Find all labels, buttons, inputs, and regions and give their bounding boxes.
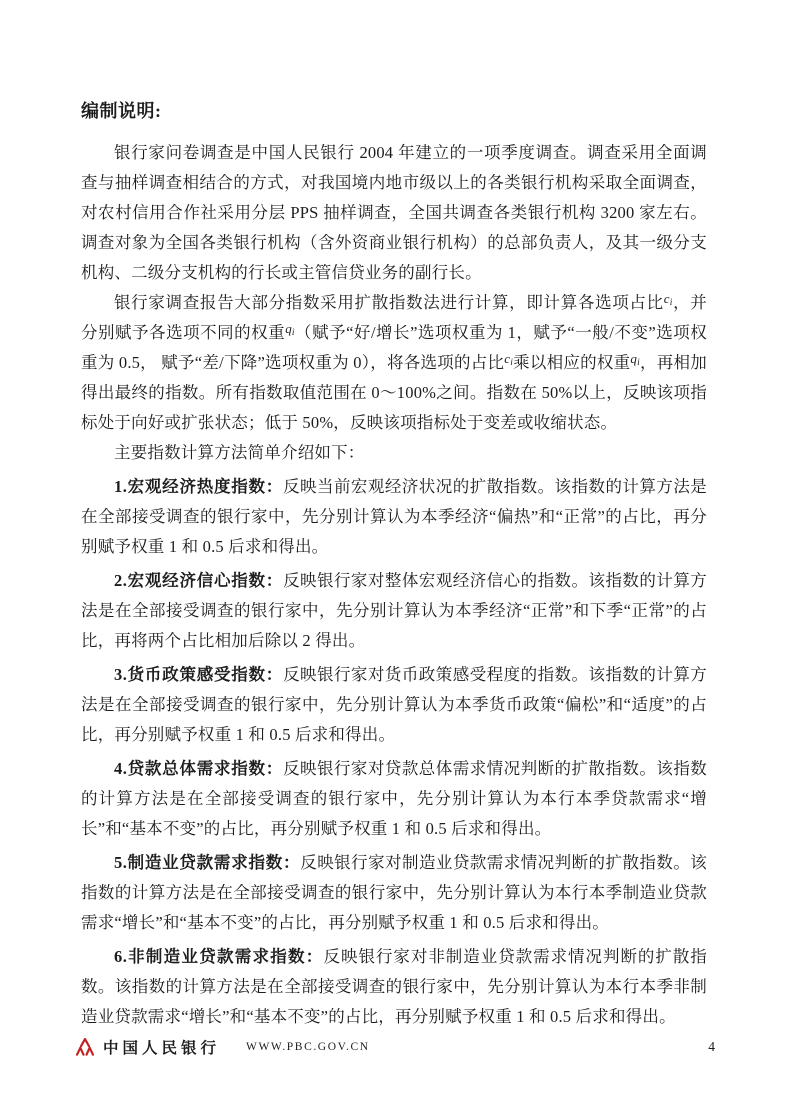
bank-name: 中国人民银行 bbox=[103, 1036, 220, 1058]
index-item-2-label: 2.宏观经济信心指数： bbox=[114, 571, 283, 590]
index-item-5-label: 5.制造业贷款需求指数： bbox=[114, 853, 300, 872]
paragraph-survey-overview: 银行家问卷调查是中国人民银行 2004 年建立的一项季度调查。调查采用全面调查与… bbox=[81, 138, 707, 288]
index-item-3: 3.货币政策感受指数：反映银行家对货币政策感受程度的指数。该指数的计算方法是在全… bbox=[81, 660, 707, 750]
section-heading: 编制说明: bbox=[81, 100, 707, 122]
index-item-3-label: 3.货币政策感受指数： bbox=[114, 665, 283, 684]
math-variable: qi bbox=[285, 321, 295, 336]
index-item-2: 2.宏观经济信心指数：反映银行家对整体宏观经济信心的指数。该指数的计算方法是在全… bbox=[81, 566, 707, 656]
paragraph-diffusion-index-method: 银行家调查报告大部分指数采用扩散指数法进行计算，即计算各选项占比ci，并分别赋予… bbox=[81, 288, 707, 438]
page-footer: 中国人民银行 WWW.PBC.GOV.CN 4 bbox=[75, 1034, 715, 1060]
bank-website: WWW.PBC.GOV.CN bbox=[246, 1041, 370, 1053]
page-number: 4 bbox=[708, 1039, 715, 1055]
math-variable: ci bbox=[664, 291, 673, 306]
index-item-1-label: 1.宏观经济热度指数： bbox=[114, 477, 283, 496]
index-item-4: 4.贷款总体需求指数：反映银行家对贷款总体需求情况判断的扩散指数。该指数的计算方… bbox=[81, 754, 707, 844]
document-body: 编制说明: 银行家问卷调查是中国人民银行 2004 年建立的一项季度调查。调查采… bbox=[81, 100, 707, 1032]
math-variable: ci bbox=[504, 351, 513, 366]
document-page: 编制说明: 银行家问卷调查是中国人民银行 2004 年建立的一项季度调查。调查采… bbox=[0, 0, 787, 1113]
index-item-1: 1.宏观经济热度指数：反映当前宏观经济状况的扩散指数。该指数的计算方法是在全部接… bbox=[81, 472, 707, 562]
pbc-logo-icon bbox=[75, 1037, 95, 1057]
index-item-4-label: 4.贷款总体需求指数： bbox=[114, 759, 283, 778]
index-item-5: 5.制造业贷款需求指数：反映银行家对制造业贷款需求情况判断的扩散指数。该指数的计… bbox=[81, 848, 707, 938]
index-item-6: 6.非制造业贷款需求指数：反映银行家对非制造业贷款需求情况判断的扩散指数。该指数… bbox=[81, 942, 707, 1032]
index-item-6-label: 6.非制造业贷款需求指数： bbox=[114, 947, 324, 966]
math-variable: qi bbox=[630, 351, 640, 366]
paragraph-index-intro: 主要指数计算方法简单介绍如下： bbox=[81, 438, 707, 468]
